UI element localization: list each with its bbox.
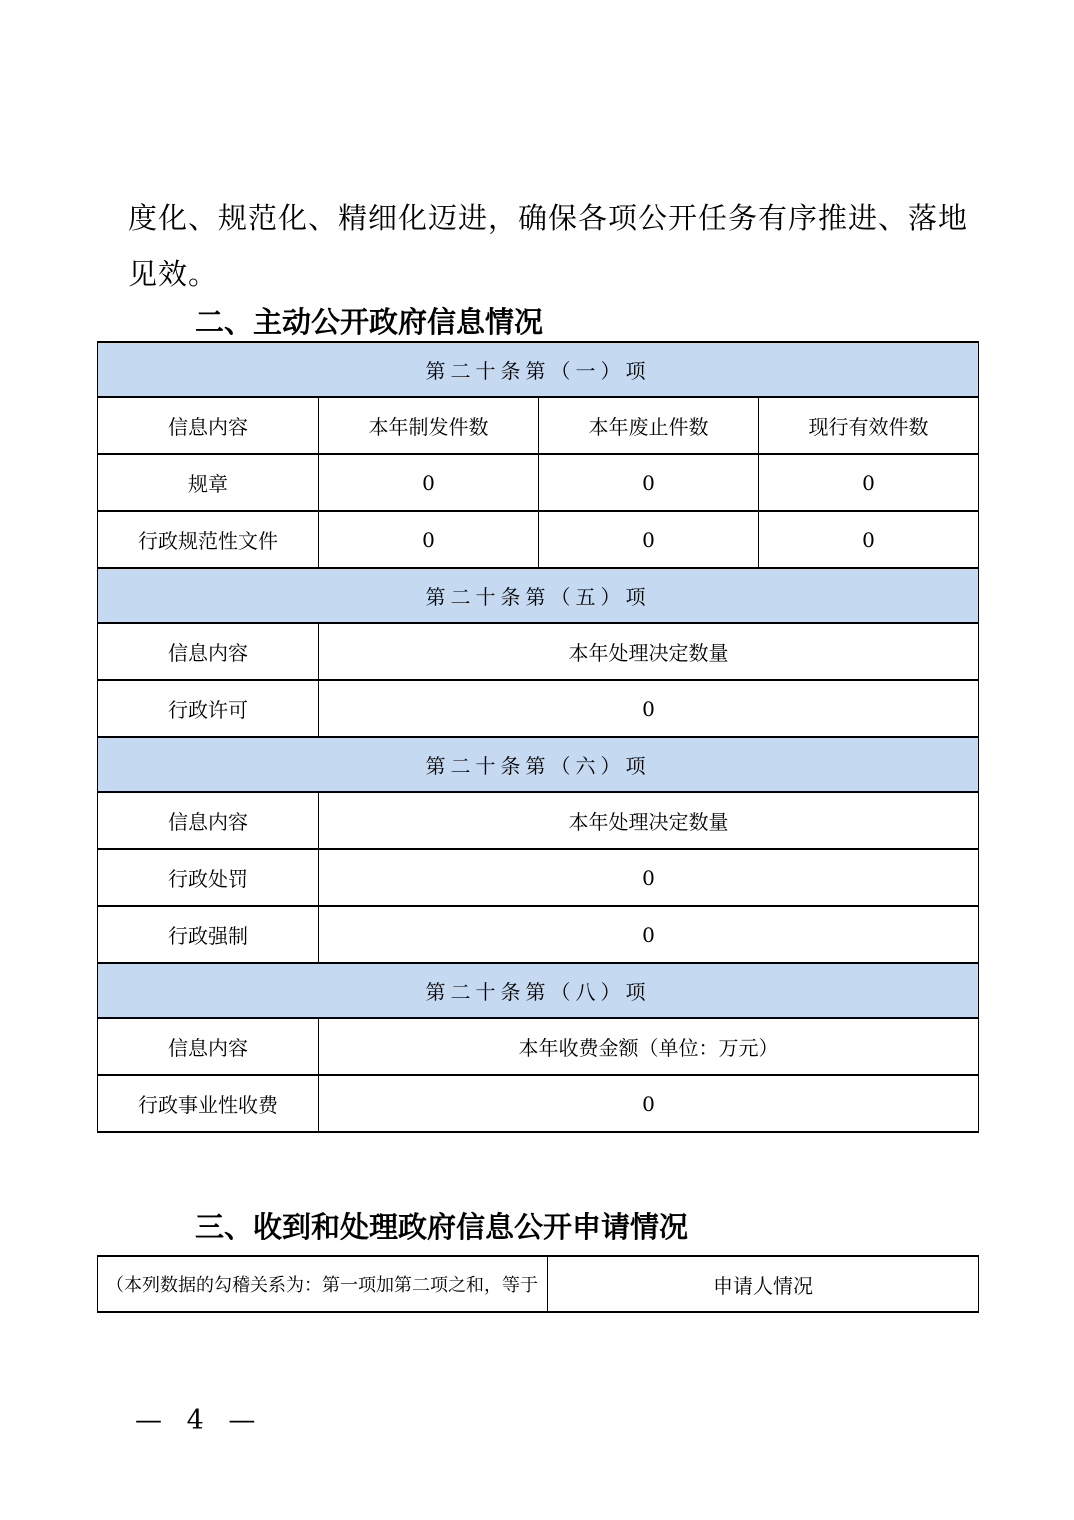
table-header-row: 信息内容 本年制发件数 本年废止件数 现行有效件数 [98,397,979,454]
group-1-title: 第二十条第（一）项 [98,342,979,397]
table-header-row: 信息内容 本年收费金额（单位：万元） [98,1018,979,1075]
col-header: 信息内容 [98,792,319,849]
section-two-heading: 二、主动公开政府信息情况 [195,300,543,341]
page-number: — 4 — [135,1405,255,1436]
row-label: 行政许可 [98,680,319,737]
col-header: 信息内容 [98,623,319,680]
table-group-title-row: 第二十条第（八）项 [98,963,979,1018]
table-header-row: 信息内容 本年处理决定数量 [98,623,979,680]
col-header: 信息内容 [98,1018,319,1075]
paragraph-line-2: 见效。 [128,246,958,302]
group-3-title: 第二十条第（六）项 [98,737,979,792]
cell-value: 0 [319,849,979,906]
cell-value: 0 [319,680,979,737]
table-group-title-row: 第二十条第（一）项 [98,342,979,397]
col-header: 本年废止件数 [539,397,759,454]
col-header: 本年处理决定数量 [319,623,979,680]
col-header: 现行有效件数 [759,397,979,454]
row-label: 行政处罚 [98,849,319,906]
group-4-title: 第二十条第（八）项 [98,963,979,1018]
cell-value: 0 [319,906,979,963]
row-label: 规章 [98,454,319,511]
cell-value: 0 [759,511,979,568]
group-2-title: 第二十条第（五）项 [98,568,979,623]
table-group-title-row: 第二十条第（五）项 [98,568,979,623]
cell-value: 0 [539,511,759,568]
reconciliation-note-cell: （本列数据的勾稽关系为：第一项加第二项之和，等于 [98,1256,548,1312]
paragraph-line-1: 度化、规范化、精细化迈进，确保各项公开任务有序推进、落地 [128,190,958,246]
table-header-row: 信息内容 本年处理决定数量 [98,792,979,849]
applicant-type-header-cell: 申请人情况 [548,1256,979,1312]
table-row: （本列数据的勾稽关系为：第一项加第二项之和，等于 申请人情况 [98,1256,979,1312]
table-row: 行政处罚 0 [98,849,979,906]
col-header: 本年制发件数 [319,397,539,454]
table-row: 行政强制 0 [98,906,979,963]
table-group-title-row: 第二十条第（六）项 [98,737,979,792]
section-three-heading: 三、收到和处理政府信息公开申请情况 [195,1205,688,1246]
body-paragraph: 度化、规范化、精细化迈进，确保各项公开任务有序推进、落地 见效。 [128,190,958,302]
cell-value: 0 [319,511,539,568]
main-disclosure-table: 第二十条第（一）项 信息内容 本年制发件数 本年废止件数 现行有效件数 规章 0… [97,341,979,1133]
row-label: 行政强制 [98,906,319,963]
cell-value: 0 [319,1075,979,1132]
document-page: 度化、规范化、精细化迈进，确保各项公开任务有序推进、落地 见效。 二、主动公开政… [0,0,1074,1520]
col-header: 本年收费金额（单位：万元） [319,1018,979,1075]
table-row: 行政事业性收费 0 [98,1075,979,1132]
col-header: 本年处理决定数量 [319,792,979,849]
table-row: 规章 0 0 0 [98,454,979,511]
cell-value: 0 [759,454,979,511]
cell-value: 0 [319,454,539,511]
col-header: 信息内容 [98,397,319,454]
request-handling-table: （本列数据的勾稽关系为：第一项加第二项之和，等于 申请人情况 [97,1255,979,1313]
table-row: 行政规范性文件 0 0 0 [98,511,979,568]
table-row: 行政许可 0 [98,680,979,737]
row-label: 行政事业性收费 [98,1075,319,1132]
cell-value: 0 [539,454,759,511]
row-label: 行政规范性文件 [98,511,319,568]
